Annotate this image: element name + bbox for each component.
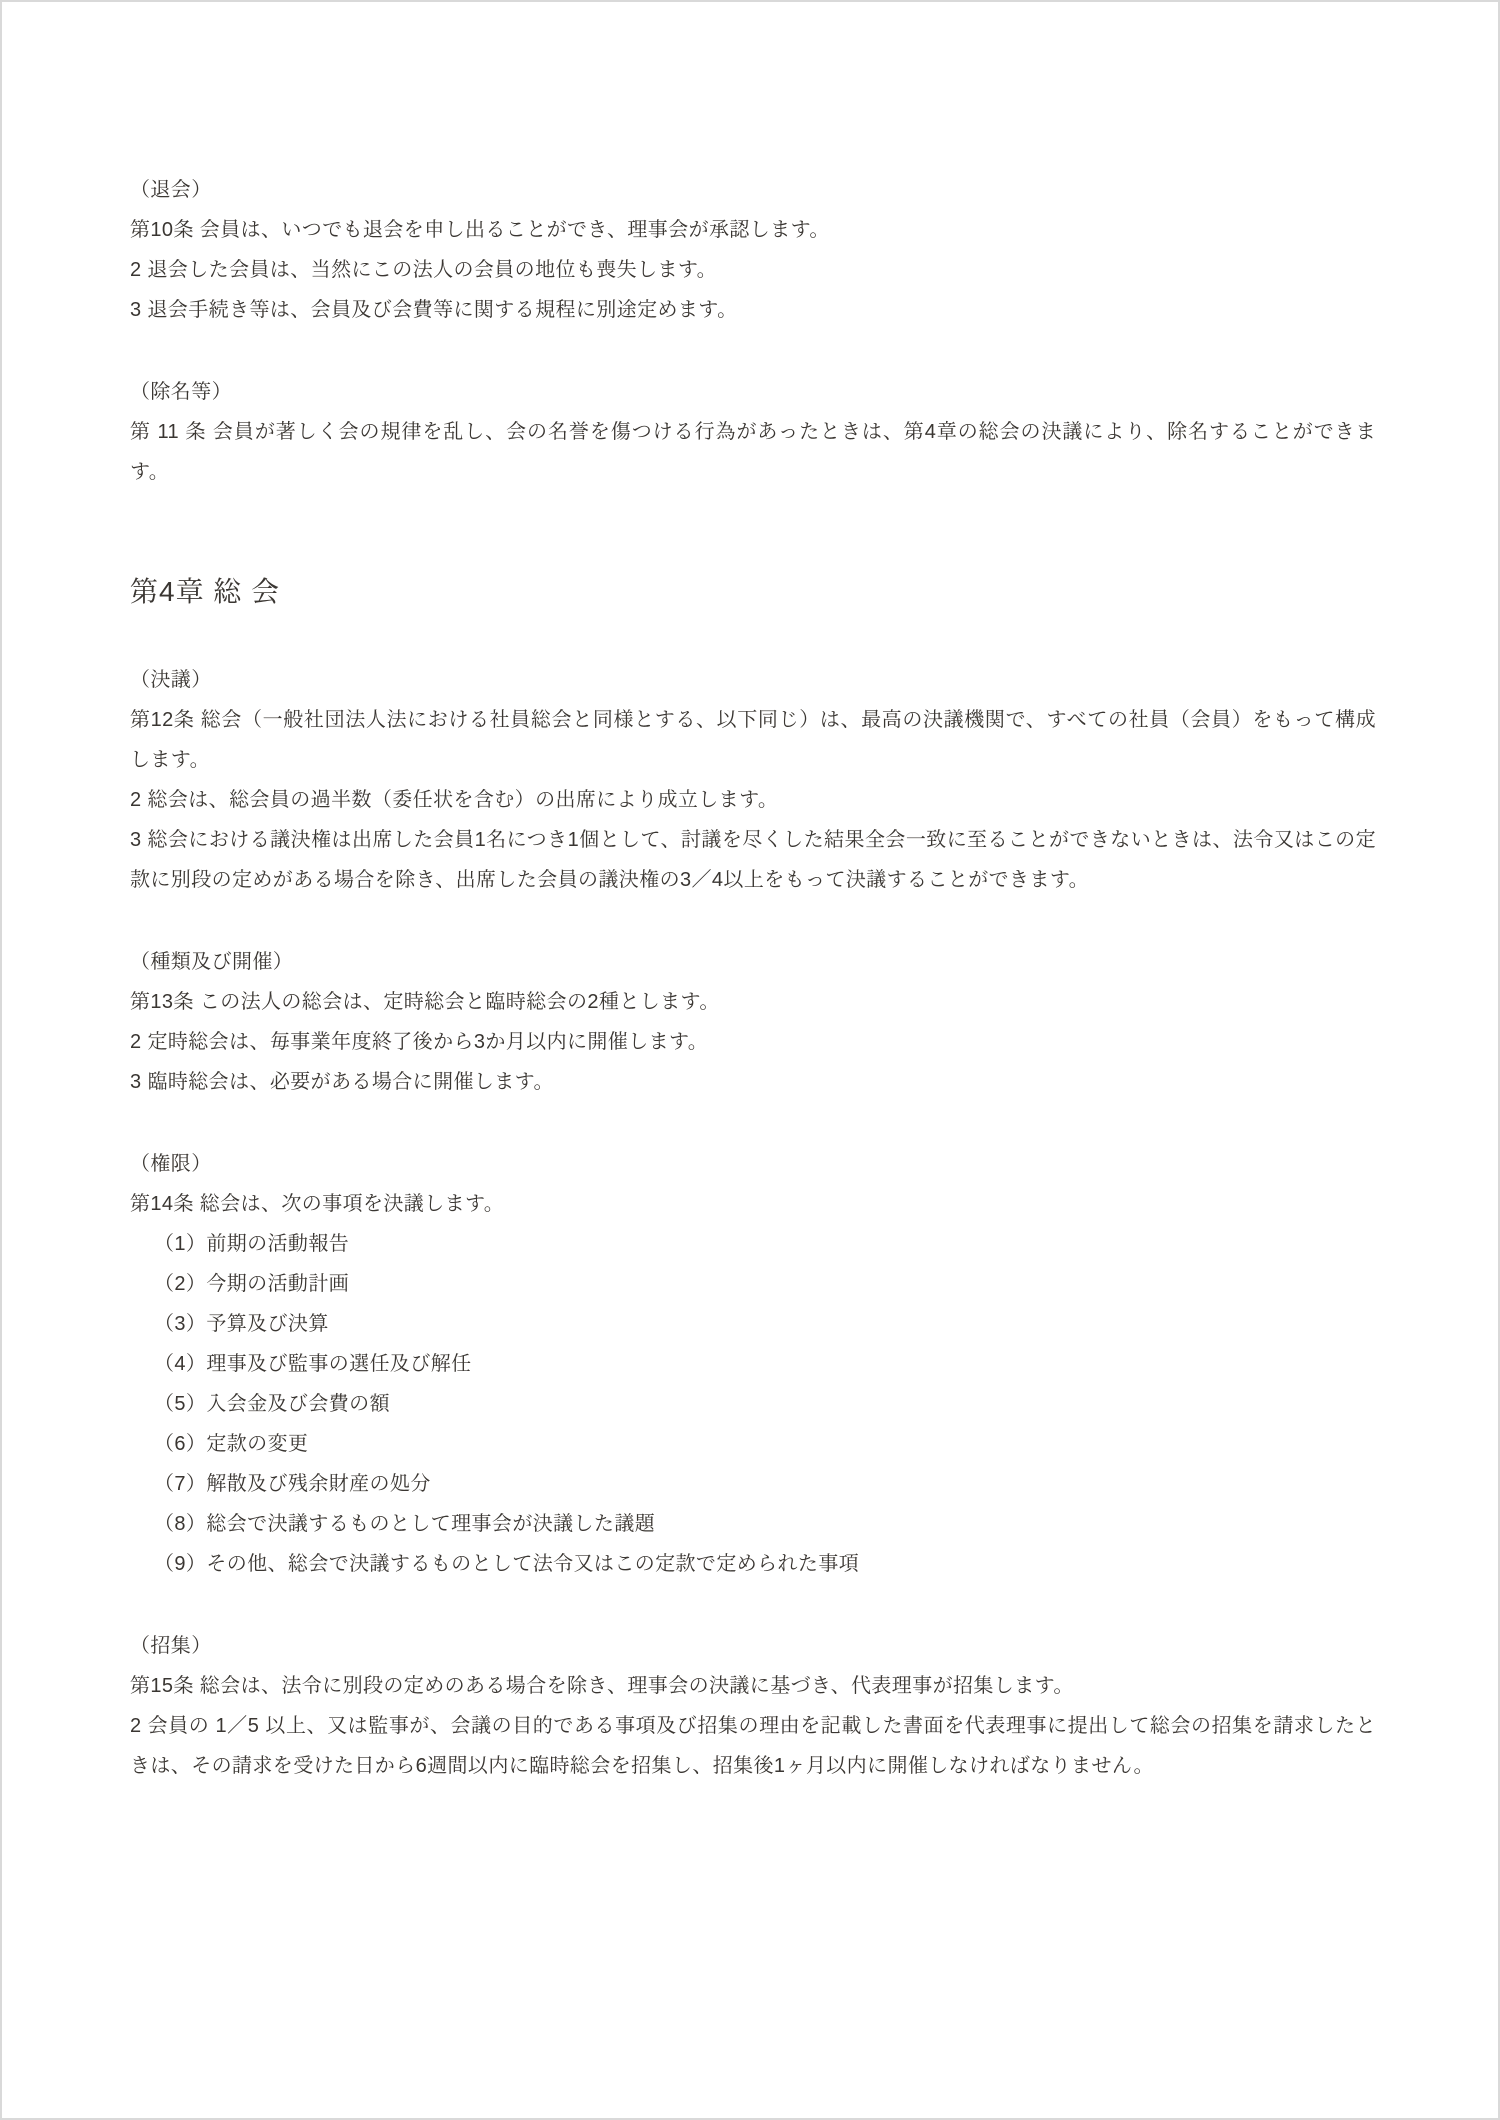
article-paragraph: 2 会員の 1／5 以上、又は監事が、会議の目的である事項及び招集の理由を記載し… xyxy=(130,1706,1376,1786)
article-paragraph: 3 退会手続き等は、会員及び会費等に関する規程に別途定めます。 xyxy=(130,290,1376,330)
article-section-ketsugi: （決議） 第12条 総会（一般社団法人法における社員総会と同様とする、以下同じ）… xyxy=(130,660,1376,900)
article-heading: （種類及び開催） xyxy=(130,942,1376,982)
article-paragraph: 第 11 条 会員が著しく会の規律を乱し、会の名誉を傷つける行為があったときは、… xyxy=(130,412,1376,492)
article-section-jomei: （除名等） 第 11 条 会員が著しく会の規律を乱し、会の名誉を傷つける行為があ… xyxy=(130,372,1376,492)
article-heading: （決議） xyxy=(130,660,1376,700)
document-page: （退会） 第10条 会員は、いつでも退会を申し出ることができ、理事会が承認します… xyxy=(0,0,1500,2120)
article-paragraph: 3 臨時総会は、必要がある場合に開催します。 xyxy=(130,1062,1376,1102)
article-paragraph: 第14条 総会は、次の事項を決議します。 xyxy=(130,1184,1376,1224)
list-item: （3）予算及び決算 xyxy=(130,1304,1376,1344)
article-paragraph: 第12条 総会（一般社団法人法における社員総会と同様とする、以下同じ）は、最高の… xyxy=(130,700,1376,780)
article-section-kengen: （権限） 第14条 総会は、次の事項を決議します。 （1）前期の活動報告 （2）… xyxy=(130,1144,1376,1584)
list-item: （1）前期の活動報告 xyxy=(130,1224,1376,1264)
article-section-taikai: （退会） 第10条 会員は、いつでも退会を申し出ることができ、理事会が承認します… xyxy=(130,170,1376,330)
article-paragraph: 2 総会は、総会員の過半数（委任状を含む）の出席により成立します。 xyxy=(130,780,1376,820)
article-paragraph: 第13条 この法人の総会は、定時総会と臨時総会の2種とします。 xyxy=(130,982,1376,1022)
article-paragraph: 第10条 会員は、いつでも退会を申し出ることができ、理事会が承認します。 xyxy=(130,210,1376,250)
list-item: （9）その他、総会で決議するものとして法令又はこの定款で定められた事項 xyxy=(130,1544,1376,1584)
list-item: （7）解散及び残余財産の処分 xyxy=(130,1464,1376,1504)
list-item: （2）今期の活動計画 xyxy=(130,1264,1376,1304)
article-paragraph: 第15条 総会は、法令に別段の定めのある場合を除き、理事会の決議に基づき、代表理… xyxy=(130,1666,1376,1706)
document-content: （退会） 第10条 会員は、いつでも退会を申し出ることができ、理事会が承認します… xyxy=(2,2,1498,1786)
article-paragraph: 2 定時総会は、毎事業年度終了後から3か月以内に開催します。 xyxy=(130,1022,1376,1062)
chapter-heading: 第4章 総 会 xyxy=(130,570,1376,614)
article-section-shoshu: （招集） 第15条 総会は、法令に別段の定めのある場合を除き、理事会の決議に基づ… xyxy=(130,1626,1376,1786)
article-heading: （除名等） xyxy=(130,372,1376,412)
list-item: （8）総会で決議するものとして理事会が決議した議題 xyxy=(130,1504,1376,1544)
article-heading: （退会） xyxy=(130,170,1376,210)
article-section-shurui-kaisai: （種類及び開催） 第13条 この法人の総会は、定時総会と臨時総会の2種とします。… xyxy=(130,942,1376,1102)
article-heading: （権限） xyxy=(130,1144,1376,1184)
list-item: （6）定款の変更 xyxy=(130,1424,1376,1464)
article-heading: （招集） xyxy=(130,1626,1376,1666)
list-item: （4）理事及び監事の選任及び解任 xyxy=(130,1344,1376,1384)
list-item: （5）入会金及び会費の額 xyxy=(130,1384,1376,1424)
article-paragraph: 3 総会における議決権は出席した会員1名につき1個として、討議を尽くした結果全会… xyxy=(130,820,1376,900)
article-paragraph: 2 退会した会員は、当然にこの法人の会員の地位も喪失します。 xyxy=(130,250,1376,290)
